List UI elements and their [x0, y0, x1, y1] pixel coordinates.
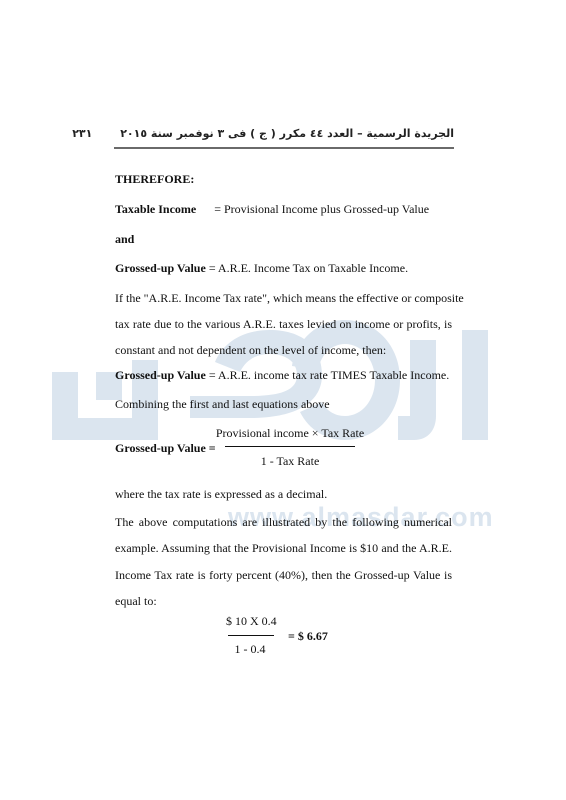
header-divider — [114, 147, 454, 149]
paragraph-2-line-4: equal to: — [115, 594, 157, 609]
grossed-up-formula-fraction: Provisional income × Tax Rate 1 - Tax Ra… — [225, 424, 355, 474]
eq1-lhs: Taxable Income — [115, 202, 196, 216]
equation-grossed-up-1: Grossed-up Value = A.R.E. Income Tax on … — [115, 261, 408, 276]
formula-denominator: 1 - Tax Rate — [215, 454, 365, 469]
eq1-rhs: = Provisional Income plus Grossed-up Val… — [214, 202, 429, 216]
paragraph-2-line-3: Income Tax rate is forty percent (40%), … — [115, 568, 452, 583]
document-page: www.almasdar.com الجريدة الرسمية – العدد… — [0, 0, 566, 800]
paragraph-2-line-2: example. Assuming that the Provisional I… — [115, 541, 452, 556]
example-numerator: $ 10 X 0.4 — [226, 614, 274, 629]
gazette-header: الجريدة الرسمية – العدد ٤٤ مكرر ( ج ) فى… — [114, 127, 454, 147]
decimal-note: where the tax rate is expressed as a dec… — [115, 487, 327, 502]
example-denominator: 1 - 0.4 — [226, 642, 274, 657]
eq3-lhs: Grossed-up Value — [115, 368, 206, 382]
eq2-rhs: = A.R.E. Income Tax on Taxable Income. — [206, 261, 408, 275]
and-connector: and — [115, 232, 134, 247]
formula-fraction-bar — [225, 446, 355, 447]
paragraph-2-line-1: The above computations are illustrated b… — [115, 515, 452, 530]
example-fraction-bar — [228, 635, 274, 636]
equation-taxable-income: Taxable Income= Provisional Income plus … — [115, 202, 429, 217]
header-page-number: ٢٣١ — [72, 127, 92, 140]
combining-text: Combining the first and last equations a… — [115, 397, 330, 412]
paragraph-1-line-2: tax rate due to the various A.R.E. taxes… — [115, 317, 452, 332]
eq2-lhs: Grossed-up Value — [115, 261, 206, 275]
example-result: = $ 6.67 — [288, 629, 328, 644]
equation-grossed-up-2: Grossed-up Value = A.R.E. income tax rat… — [115, 368, 449, 383]
header-text: الجريدة الرسمية – العدد ٤٤ مكرر ( ج ) فى… — [72, 127, 454, 140]
header-publication: الجريدة الرسمية – العدد ٤٤ مكرر ( ج ) فى… — [120, 127, 454, 140]
paragraph-1-line-1: If the "A.R.E. Income Tax rate", which m… — [115, 291, 452, 306]
paragraph-1-line-3: constant and not dependent on the level … — [115, 343, 386, 358]
therefore-heading: THEREFORE: — [115, 172, 194, 187]
example-fraction: $ 10 X 0.4 1 - 0.4 = $ 6.67 — [226, 612, 376, 662]
formula-lhs: Grossed-up Value = — [115, 441, 216, 456]
eq3-rhs: = A.R.E. income tax rate TIMES Taxable I… — [206, 368, 449, 382]
formula-numerator: Provisional income × Tax Rate — [215, 426, 365, 441]
